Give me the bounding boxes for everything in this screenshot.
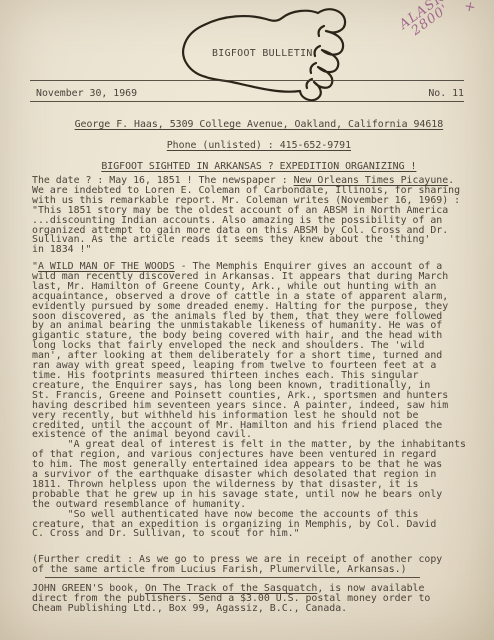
- issue-date: November 30, 1969: [36, 89, 137, 99]
- editor-address-text: George F. Haas, 5309 College Avenue, Oak…: [75, 119, 444, 130]
- bulletin-page: BIGFOOT BULLETIN ALASKA 2800' + November…: [0, 0, 494, 640]
- article-paragraph-intro: The date ? : May 16, 1851 ! The newspape…: [32, 176, 476, 255]
- corner-plus-mark: +: [463, 0, 477, 15]
- masthead-top-rule: [30, 80, 464, 81]
- editor-phone-text: Phone (unlisted) : 415-652-9791: [167, 140, 351, 151]
- masthead-title: BIGFOOT BULLETIN: [212, 49, 313, 59]
- intro-post-text: . We are indebted to Loren E. Coleman of…: [32, 175, 460, 255]
- section-divider-rule: [45, 577, 420, 578]
- article-paragraph-book-ad: JOHN GREEN'S book, On The Track of the S…: [32, 584, 476, 614]
- report-body-text: - The Memphis Enquirer gives an account …: [32, 261, 466, 539]
- article-headline-text: BIGFOOT SIGHTED IN ARKANSAS ? EXPEDITION…: [101, 161, 416, 172]
- article-paragraph-credit: (Further credit : As we go to press we a…: [32, 555, 476, 575]
- masthead-bottom-rule: [30, 101, 464, 102]
- issue-number: No. 11: [428, 89, 464, 99]
- article-paragraph-report: "A WILD MAN OF THE WOODS - The Memphis E…: [32, 262, 476, 539]
